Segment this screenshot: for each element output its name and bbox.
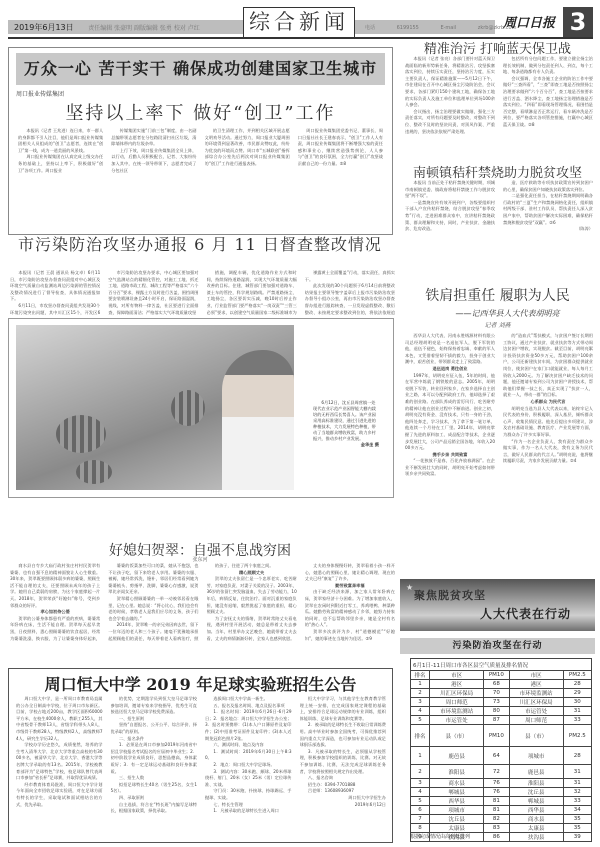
paragraph: 婆婆的饭菜加些可口的菜，她从不抱怨，也不让孩子吃，留下来给老人享用。婆婆的衣服、… (108, 563, 198, 596)
table-cell: 太康县 (430, 824, 484, 833)
subhead: 孝心如初侍公婆 (10, 609, 100, 616)
paragraph: 措施，调配车辆，优化道路作业方式和时间，持续保持道路湿润，实现大气环境质量大幅改… (207, 270, 297, 316)
contact-line: 电话 6199155 E-mail zkrb@zkrb.com (355, 20, 495, 34)
table-cell: PM10 (484, 725, 510, 747)
paragraph: 2014年，贺翠唯一的亲兄弟因病去世，留下一位年迈的老人和三个孩子。她毫不犹豫地… (108, 622, 198, 641)
article-column: 措施，调配车辆，优化道路作业方式和时间，持续保持道路湿润，实现大气环境质量大幅改… (207, 270, 297, 316)
article-column: 的优势，定期派学员到恒大皇马足球学校参加培训，邀请专家来学校指导，优秀生可直接选… (111, 696, 198, 839)
paragraph: 周口恒大中学，是一所周口市教育局直属的公办全日制高中学校，位于周口市东新区。目前… (16, 696, 103, 742)
paragraph: 1997年，胡明亮应征入伍，5年的时间，他在军营中练就了钢铁般的意志。2005年… (405, 373, 495, 452)
paragraph: 贺翠的公婆身体都患有严重的疾病，婆婆常年卧病在床，生活不能自理。贺翠每天起早贪黑… (10, 616, 100, 641)
table-header-row: 排名市区PM10市区PM2.5 (411, 671, 592, 680)
table-row: 5市运管处87周口师范33 (411, 716, 592, 725)
table-cell: 周口师范 (430, 698, 484, 707)
table-cell: 西华县 (430, 797, 484, 806)
table-title: 6月1日-11日周口市各区县空气质量及排名情况 (411, 659, 592, 671)
table-cell: 郸城县 (430, 788, 484, 797)
table-cell: 郸城县 (509, 797, 563, 806)
table-cell: 市环境监测站 (430, 707, 484, 716)
article-column: 婆婆的饭菜加些可口的菜，她从不抱怨，也不让孩子吃，留下来给老人享用。婆婆的衣服、… (108, 563, 198, 641)
table-row: 7沈丘县82商水县35 (411, 815, 592, 824)
table-cell: 3 (411, 698, 430, 707)
table-cell: 3 (411, 779, 430, 788)
paragraph: 恒大中学学习，与其他学生在教育教学管理上统一安排，在完成国家规定课程的基础上，安… (300, 696, 387, 722)
paragraph: 1．报名时间：2019年6月26日-6月29日；2．报名地点：周口恒大中学招生办… (205, 709, 292, 742)
table-note: 根据完成情况由高到低排列 (410, 833, 470, 840)
promo-line-1: 聚焦脱贫攻坚 (414, 587, 486, 603)
paragraph: 选拔周口恒大中学高一新生。 (205, 696, 292, 703)
table-cell: 31 (563, 779, 591, 788)
promo-line-2: 人大代表在行动 (480, 605, 571, 622)
table-cell: 35 (563, 815, 591, 824)
paragraph: 造、医疗救助等专项扶贫政策宣传到贫困户的心里，确保贫困户知晓扶贫政策落实到位。 (503, 180, 593, 193)
article-column: 的卫生清理工作，并到相关区域开展志愿文明劝导活动。通过努力，周口报业大厦周围的环… (205, 128, 290, 226)
table-cell: 82 (484, 815, 510, 824)
heroine-story-body: 商水县白寺乡大庙行政村张庄村村民贺翠有婆婆、也有自强不息的精神面貌让人心生敬重。… (10, 563, 395, 641)
table-cell: 70 (484, 689, 510, 698)
pollution-report-body: 本报讯（记者 王晨 通讯员 杨文卓）6月11日，市污染防治攻坚办督查问责组对中心… (10, 270, 395, 316)
page-number: 3 (563, 7, 593, 37)
paragraph: 自主选拔，符合在“特长班”内编写足球特长，根据国家政策，择优录取。 (111, 802, 198, 815)
paragraph: 贺翠多次获评为乡、村“道德模范”“好媳妇”，她的事迹在当地传为佳话。②9 (305, 629, 395, 641)
section-heading: 四、录取原则 (111, 795, 198, 802)
paragraph: 丈夫的身体慢慢好转，贺翠看着小孩一样开心，她悉心的照顾心里、她让精心调理、现在的… (305, 563, 395, 583)
paragraph: 学校办学历史悠久，成绩斐然，培养的学生考入清华大学、北京大学等重点高校的有300… (16, 742, 103, 782)
table-cell: 87 (484, 716, 510, 725)
watermelon-shape (56, 415, 106, 453)
table-cell: 县（市） (430, 725, 484, 747)
air-quality-table: 6月1日-11日周口市各区县空气质量及排名情况 排名市区PM10市区PM2.51… (410, 658, 592, 842)
table-cell: 64 (484, 747, 510, 765)
paragraph: 拟招足球特长生40名（男生25名，女生15名）。 (111, 782, 198, 795)
table-cell: 28 (563, 747, 591, 765)
table-cell: 川汇区环保局 (430, 689, 484, 698)
paragraph: 市污染防治攻坚办要求，中心城区要加强对空气监测站点的精细化管控，对施工工地、拆迁… (108, 270, 198, 316)
farmer-figure (222, 350, 294, 490)
table-row: 2川汇区环保局70市环境监测站29 (411, 689, 592, 698)
table-cell: 项城市 (430, 806, 484, 815)
table-cell: 31 (563, 765, 591, 779)
table-row: 1鹿邑县64项城市28 (411, 747, 592, 765)
article-column: 选拔周口恒大中学高一新生。 五、报名及报名时间、地点及报名事项 1．报名时间：2… (205, 696, 292, 839)
article-column: 恒大中学学习，与其他学生在教育教学管理上统一安排，在完成国家规定课程的基础上，安… (300, 696, 387, 839)
author-tag: （陈涛） (503, 226, 593, 233)
table-row: 3周口师范73川汇区环保局30 (411, 698, 592, 707)
table-cell: 市运管处 (430, 716, 484, 725)
feature-source: 周口报业传媒集团 (16, 89, 64, 98)
table-cell: 5 (411, 716, 430, 725)
table-cell: 8 (411, 824, 430, 833)
table-cell: 33 (563, 716, 591, 725)
paragraph: 贺翠的丈夫张留仁是一个忠厚老实、吃苦耐劳、对家庭负责、对妻子关爱的汉子。2003… (207, 576, 297, 616)
table-cell: 83 (484, 824, 510, 833)
article-column: 的孩子，住进了两个家庭之间。 精心照顾丈夫 贺翠的丈夫张留仁是一个忠厚老实、吃苦… (207, 563, 297, 641)
table-cell: 81 (484, 797, 510, 806)
article-column: 本报讯（记者 张亮）各部门要针对蓝天保卫战面临的新形势新任务，将精准治污、攻坚拔… (405, 56, 495, 156)
table-row: 4市环境监测站80市运管处31 (411, 707, 592, 716)
table-cell: 68 (484, 680, 510, 689)
table-cell: 31 (563, 707, 591, 716)
paragraph: 一是禁烧宣传有效开展到户，各级要组织村干部入户宣传秸秆禁烧，结合脱贫攻坚“春季攻… (405, 200, 495, 233)
article-column: 裸露黄土全面覆盖”行动，落实责任，真抓实干。 此次发现的30个问题须于6月14日… (305, 270, 395, 316)
table-cell: 市运管处 (509, 707, 563, 716)
table-cell: 5 (411, 797, 430, 806)
feature-body: 本报讯（记者 王兆进）连日来，市一群人的身影都不引人注目，他们是周口报业传媒集团… (18, 128, 383, 226)
masthead-date-bar: 2019年6月13日 责任编辑 张豪明 副版编辑 张勇 校对 卢红 (8, 20, 243, 34)
subhead: 退伍退岗 勇往创业 (405, 366, 495, 373)
table-row: 5西华县81郸城县33 (411, 797, 592, 806)
contact-phone: 吕老师：13608936097 (300, 788, 387, 795)
paragraph: 西华县人大代表、河南永胜绒源材料有限公司总经理胡明亮是一名退伍军人，脱下军装的他… (405, 333, 495, 366)
table-cell: 34 (563, 806, 591, 815)
promo-banner: ★ 聚焦脱贫攻坚 人大代表在行动 (400, 579, 595, 631)
paragraph: 由于缺乏经济来源，加之家人常年卧病在床，贺翠家经济十分困难。为了增加家庭收入，贺… (305, 589, 395, 629)
section-heading: 八、报名咨询 (300, 775, 387, 782)
table-cell: 35 (563, 824, 591, 833)
watermelon-photo (16, 325, 294, 490)
paragraph: 的孩子，住进了两个家庭之间。 (207, 563, 297, 570)
table-cell: 沈丘县 (509, 788, 563, 797)
table-cell: 73 (484, 698, 510, 707)
table-cell: 76 (484, 779, 510, 788)
article-column: 本报讯（记者 王晨 通讯员 杨文卓）6月11日，市污染防治攻坚办督查问责组对中心… (10, 270, 100, 316)
table-cell: 港区 (509, 680, 563, 689)
table-row: 1港区68港区28 (411, 680, 592, 689)
table-cell: 4 (411, 788, 430, 797)
feature-banner: 万众一心 苦干实干 确保成功创建国家卫生城市 (16, 53, 385, 85)
paragraph: 6月11日，市攻坚办督查问责组共发现30个环境污染突出问题，其中川汇区15个，开… (10, 303, 100, 316)
table-cell: 鹿邑县 (430, 747, 484, 765)
straw-ban-body: 本报讯 当前正处于秸秆禁烧关键时期，项城市南顿镇党委、镇政府将秸秆禁烧工作与脱贫… (405, 180, 593, 242)
paragraph: “一花独放不是春，百花齐放春满园”。在企业不断发展壮大的同时，胡明亮开始考虑如何… (405, 458, 495, 478)
article-column: 包括所有分包问题工作，要建立健全扬尘治理长效机制，做到分包责任到人、到点，每个工… (503, 56, 593, 156)
editors-line: 责任编辑 张豪明 副版编辑 张勇 校对 卢红 (88, 25, 200, 32)
table-cell: PM10 (484, 671, 510, 680)
table-cell: 鹿邑县 (509, 765, 563, 779)
table-cell: 1 (411, 680, 430, 689)
table-cell: 7 (411, 815, 430, 824)
section-heading: 三、招生人数 (111, 775, 198, 782)
paragraph: 2．被录取的足球特长生不收取日常训练费用。高中毕业时参加全国统考，可保优推荐到国… (300, 722, 387, 748)
table-header-row: 排名县（市）PM10县（市）PM2.5 (411, 725, 592, 747)
subhead: 心系群众 为民代言 (503, 399, 593, 406)
table-cell: 扶沟县 (509, 833, 563, 842)
football-notice-body: 周口恒大中学，是一所周口市教育局直属的公办全日制高中学校，位于周口市东新区。目前… (16, 696, 386, 839)
table-cell: 33 (563, 797, 591, 806)
deputy-byline: 记者 刘燕 (400, 320, 595, 329)
deputy-headline: 铁肩担重任 履职为人民 (400, 285, 595, 305)
blue-sky-headline: 精准治污 打响蓝天保卫战 (400, 38, 595, 57)
article-column: 周口报业传媒集团党委书记、董事长、周口日报社社长王建春表示，“创卫”工作人人有责… (298, 128, 383, 226)
football-notice-headline: 周口恒大中学 2019 年足球实验班招生公告 (8, 672, 393, 695)
article-column: 丈夫的身体慢慢好转，贺翠看着小孩一样开心，她悉心的照顾心里、她让精心调理、现在的… (305, 563, 395, 641)
paragraph: 1．凡被录取的足球特长生进入周口 (205, 808, 292, 815)
section-title: 综合新闻 (243, 7, 355, 38)
table-cell: 6 (411, 806, 430, 815)
table-cell: 县（市） (509, 725, 563, 747)
feature-headline: 坚持以上率下 做好“创卫”工作 (16, 99, 385, 125)
photo-credit: 金华坐 摄 (313, 442, 379, 448)
pollution-section-bar: 污染防治攻坚在行动 (400, 638, 595, 654)
table-cell: 1 (411, 747, 430, 765)
paragraph: 会议指出，扬尘治理要做实做细，强化三方责任落实，对所有问题要及时整改，对整改不到… (405, 109, 495, 135)
paragraph: 会议强调，全市各施工企业的防治工作中要做好“三查四看”，“三查”即查工地是否按照… (503, 76, 593, 129)
watermelon-shape (171, 390, 205, 426)
table-cell: 2 (411, 765, 430, 779)
paragraph: 此次发现的30个问题须于6月14日前将整改结果报主要领导签字盖章后上报市污染防治… (305, 283, 395, 316)
table-cell: 商水县 (509, 815, 563, 824)
article-column: 市污染防治攻坚办要求，中心城区要加强对空气监测站点的精细化管控，对施工工地、拆迁… (108, 270, 198, 316)
photo-caption: 6月12日，沈丘县周营镇一处现代农业示范产业园智能大棚内栽培的无籽西瓜长势喜人。… (313, 400, 379, 448)
paragraph: 包括所有分包问题工作，要建立健全扬尘治理长效机制，做到分包责任到人、到点，每个工… (503, 56, 593, 76)
paragraph: 1．测试时间：2019年6月30日上午8:30。 (205, 749, 292, 762)
star-icon: ★ (406, 583, 413, 592)
paragraph: 本报讯 当前正处于秸秆禁烧关键时期，项城市南顿镇党委、镇政府将秸秆禁烧工作与脱贫… (405, 180, 495, 200)
table-cell: 32 (563, 788, 591, 797)
table-cell: 2 (411, 689, 430, 698)
deputy-body: 西华县人大代表、河南永胜绒源材料有限公司总经理胡明亮是一名退伍军人，脱下军装的他… (405, 333, 593, 566)
paragraph: 3．凡被录取的特长生，必须服从学校管理，积极参加学校组织的训练、比赛。对无故不参… (300, 749, 387, 775)
section-heading: 六、测试时间、地点及内容 (205, 742, 292, 749)
table-cell: 86 (484, 833, 510, 842)
table-cell: 太康县 (509, 824, 563, 833)
table-cell: 76 (484, 788, 510, 797)
paragraph: 上行下效，周口报业传媒集团全员上阵，以行动，后勤人员积极配合，记者、大家纷纷加入… (111, 148, 196, 174)
table-row: 2淮阳县72鹿邑县31 (411, 765, 592, 779)
table-cell: 28 (563, 680, 591, 689)
article-column: 商水县白寺乡大庙行政村张庄村村民贺翠有婆婆、也有自强不息的精神面貌让人心生敬重。… (10, 563, 100, 641)
table-cell: 29 (563, 689, 591, 698)
article-column: 本报讯（记者 王兆进）连日来，市一群人的身影都不引人注目，他们是周口报业传媒集团… (18, 128, 103, 226)
paragraph: 胡明亮当选为县人大代表以来，始终牢记人民代表的身份，积极履职，深入基层，倾听群众… (503, 406, 593, 439)
table-cell: 市区 (430, 671, 484, 680)
paragraph: 经市教育体育局批准，周口恒大中学计划今年面向全市招收足球实验班，对在足球方面有特… (16, 782, 103, 808)
paragraph: 周口报业传媒集团党委书记、董事长、周口日报社社长王建春表示，“创卫”工作人人有责… (298, 128, 383, 168)
paragraph: 本报讯（记者 王兆进）连日来，市一群人的身影都不引人注目，他们是周口报业传媒集团… (18, 128, 103, 154)
deputy-subhead: ——记西华县人大代表胡明亮 (420, 308, 595, 319)
paragraph: 裸露黄土全面覆盖”行动，落实责任，真抓实干。 (305, 270, 395, 283)
article-column: 的“造血式”帮扶模式，与贫困户签订长期用工协议，通过产业扶贫、就业扶贫等方式带动… (503, 333, 593, 566)
table-cell: 81 (484, 806, 510, 815)
table-cell: 72 (484, 765, 510, 779)
paragraph: 3．测试内容：30米跑、颠球、20米带球绕杆、射门、20米（女）25米（男）定位… (205, 769, 292, 789)
table-cell: 川汇区环保局 (509, 698, 563, 707)
table-row: 3商水县76淮阳县31 (411, 779, 592, 788)
blue-sky-body: 本报讯（记者 张亮）各部门要针对蓝天保卫战面临的新形势新任务，将精准治污、攻坚拔… (405, 56, 593, 156)
table-row: 4郸城县76沈丘县32 (411, 788, 592, 797)
paragraph: 周口报业传媒集团在认真完成上级交办任务的基础上，坚持以上率下，积极做好“创卫”各… (18, 154, 103, 174)
table-cell: 排名 (411, 671, 430, 680)
pollution-report-headline: 市污染防治攻坚办通报 6 月 11 日督查整改情况 (0, 232, 400, 255)
article-column: 本报讯 当前正处于秸秆禁烧关键时期，项城市南顿镇党委、镇政府将秸秆禁烧工作与脱贫… (405, 180, 495, 242)
table-cell: 项城市 (509, 747, 563, 765)
table-cell: 淮阳县 (509, 779, 563, 788)
issue-date: 2019年6月13日 (14, 23, 74, 32)
table-cell: 沈丘县 (430, 815, 484, 824)
table-cell: 市区 (509, 671, 563, 680)
table-cell: 淮阳县 (430, 765, 484, 779)
paragraph: 坚持“自愿报名、公开公平、综合评价、择优录取”的原则。 (111, 722, 198, 735)
paragraph: 为了安抚丈夫的情绪，贺翠时常陪丈夫看电视，遇到村里开展活动，她总是带着丈夫去参加… (207, 616, 297, 641)
heroine-story-byline: 张东河 (0, 556, 400, 563)
article-column: 西华县人大代表、河南永胜绒源材料有限公司总经理胡明亮是一名退伍军人，脱下军装的他… (405, 333, 495, 566)
table-cell: PM2.5 (563, 671, 591, 680)
signature-date: 2019年6月12日 (300, 802, 387, 809)
caption-text: 6月12日，沈丘县周营镇一处现代农业示范产业园智能大棚内栽培的无籽西瓜长势喜人。… (313, 400, 379, 442)
table-cell: 港区 (430, 680, 484, 689)
paragraph: “作为一名企业负责人，我有责任为群众多做实事，作为一名人大代表，我有义务为民代言… (503, 439, 593, 465)
paper-logo: 周口日报 (503, 12, 555, 31)
table-cell: 80 (484, 707, 510, 716)
table-row: 6项城市81西华县34 (411, 806, 592, 815)
article-column: 周口恒大中学，是一所周口市教育局直属的公办全日制高中学校，位于周口市东新区。目前… (16, 696, 103, 839)
article-column: 造、医疗救助等专项扶贫政策宣传到贫困户的心里，确保贫困户知晓扶贫政策落实到位。 … (503, 180, 593, 242)
table-cell: PM2.5 (563, 725, 591, 747)
paragraph: 本报讯（记者 王晨 通讯员 杨文卓）6月11日，市污染防治攻坚办督查问责组对中心… (10, 270, 100, 303)
paragraph: 传媒集团实施“门前三包”制度，由一名副总编带领志愿者在分包路段清扫社区垃圾，清除… (111, 128, 196, 148)
table-cell: 排名 (411, 725, 430, 747)
table-cell: 商水县 (430, 779, 484, 788)
table-cell: 周口师范 (509, 716, 563, 725)
paragraph: 二是强化责任担当，在秸秆禁烧期间明确各行政村的“三夏”生产和禁烧网格化责任，组织… (503, 193, 593, 226)
table-cell: 4 (411, 707, 430, 716)
table-cell: 西华县 (509, 806, 563, 815)
paragraph: 2．地点：周口恒大中学足球场。 (205, 762, 292, 769)
article-column: 传媒集团实施“门前三包”制度，由一名副总编带领志愿者在分包路段清扫社区垃圾，清除… (111, 128, 196, 226)
table-row: 8太康县83太康县35 (411, 824, 592, 833)
straw-ban-headline: 南顿镇秸秆禁烧助力脱贫攻坚 (400, 162, 595, 181)
paragraph: 的“造血式”帮扶模式，与贫困户签订长期用工协议，通过产业扶贫、就业扶贫等方式带动… (503, 333, 593, 399)
paragraph: 的卫生清理工作，并到相关区域开展志愿文明劝导活动。通过努力，周口报业大厦周围的环… (205, 128, 290, 168)
signature: 周口恒大中学招生办 (300, 795, 387, 802)
paragraph: 本报讯（记者 张亮）各部门要针对蓝天保卫战面临的新形势新任务，将精准治污、攻坚拔… (405, 56, 495, 109)
table-cell: 市环境监测站 (509, 689, 563, 698)
paragraph: 1．必须是在周口市参加2019年河南省中招且学校报名考试报名的应届初中毕业生；2… (111, 742, 198, 775)
paragraph: 的优势，定期派学员到恒大皇马足球学校参加培训，邀请专家来学校指导，优秀生可直接选… (111, 696, 198, 716)
table-cell: 39 (563, 833, 591, 842)
watermelon-shape (76, 460, 112, 484)
paragraph: 商水县白寺乡大庙行政村张庄村村民贺翠有婆婆、也有自强不息的精神面貌让人心生敬重。… (10, 563, 100, 609)
paragraph: 守门员：30米跑、扑接球、持球踢远、手抛球、实战。 (205, 788, 292, 801)
paragraph: 贺翠精心照顾婆婆的一举一动被邻居看在眼里，记在心里。她总说：“将心比心，我们也会… (108, 596, 198, 622)
table-cell: 30 (563, 698, 591, 707)
